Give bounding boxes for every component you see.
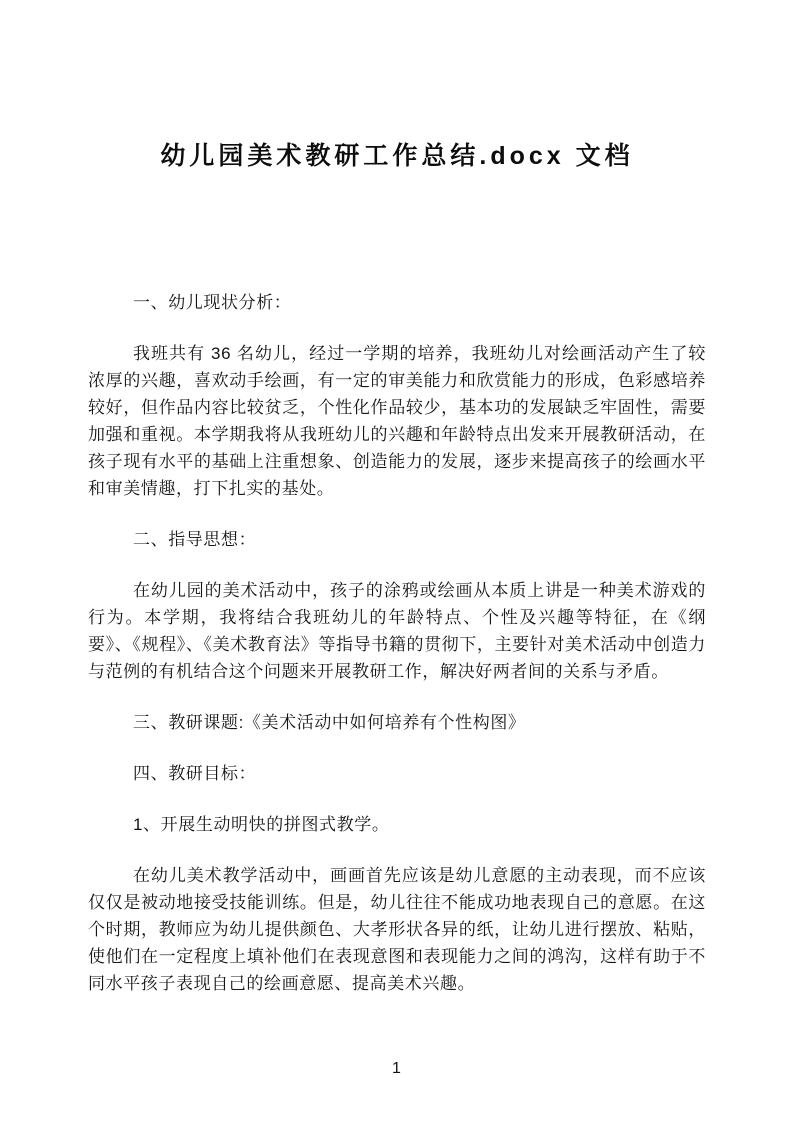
body-paragraph-1: 我班共有 36 名幼儿，经过一学期的培养，我班幼儿对绘画活动产生了较浓厚的兴趣，… (88, 340, 706, 502)
page-number: 1 (0, 1060, 793, 1078)
section-heading-2: 二、指导思想： (88, 526, 706, 553)
document-content: 幼儿园美术教研工作总结.docx 文档 一、幼儿现状分析： 我班共有 36 名幼… (88, 0, 706, 1021)
document-page: 幼儿园美术教研工作总结.docx 文档 一、幼儿现状分析： 我班共有 36 名幼… (0, 0, 793, 1122)
list-item-heading-1: 1、开展生动明快的拼图式教学。 (88, 811, 706, 838)
document-title: 幼儿园美术教研工作总结.docx 文档 (88, 141, 706, 171)
body-paragraph-3: 在幼儿美术教学活动中，画画首先应该是幼儿意愿的主动表现，而不应该仅仅是被动地接受… (88, 862, 706, 997)
section-heading-3: 三、教研课题:《美术活动中如何培养有个性构图》 (88, 709, 706, 736)
body-paragraph-2: 在幼儿园的美术活动中，孩子的涂鸦或绘画从本质上讲是一种美术游戏的行为。本学期，我… (88, 577, 706, 685)
section-heading-1: 一、幼儿现状分析： (88, 289, 706, 316)
section-heading-4: 四、教研目标： (88, 760, 706, 787)
